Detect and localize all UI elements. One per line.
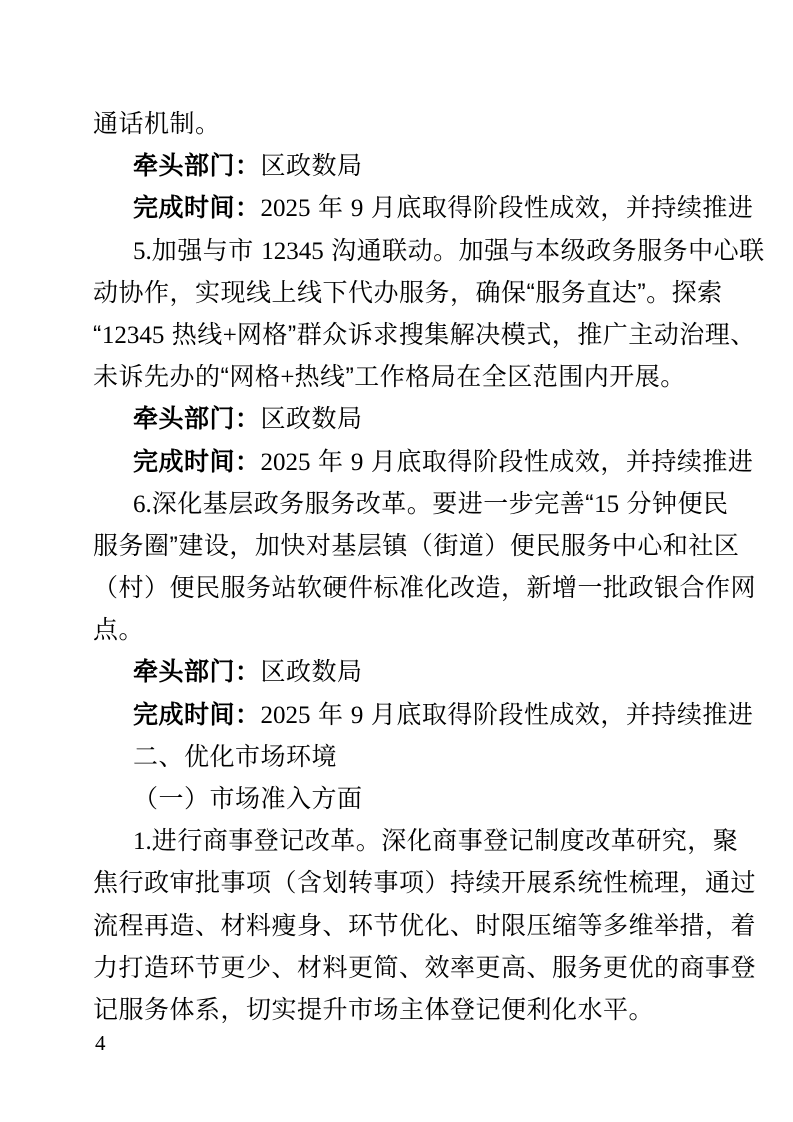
item-1-line-5: 记服务体系，切实提升市场主体登记便利化水平。 xyxy=(93,989,715,1031)
item-1-line-1: 1.进行商事登记改革。深化商事登记制度改革研究，聚 xyxy=(93,820,715,862)
lead-department-line: 牵头部门：区政数局 xyxy=(93,145,715,187)
text-run: “ xyxy=(93,321,102,349)
text-run: 点。 xyxy=(93,616,144,644)
bold-label-run: 完成时间： xyxy=(133,448,261,476)
item-6-line-2: 服务圈”建设，加快对基层镇（街道）便民服务中心和社区 xyxy=(93,525,715,567)
numeric-run: 12345 xyxy=(102,322,165,349)
completion-time-line: 完成时间：2025 年 9 月底取得阶段性成效，并持续推进 xyxy=(93,187,715,229)
text-run: 年 xyxy=(311,701,351,729)
item-6-line-1: 6.深化基层政务服务改革。要进一步完善“15 分钟便民 xyxy=(93,483,715,525)
text-run: 网格”群众诉求搜集解决模式，推广主动治理、 xyxy=(237,321,756,349)
text-run: 动协作，实现线上线下代办服务，确保“服务直达”。探索 xyxy=(93,279,723,307)
text-run: （村）便民服务站软硬件标准化改造，新增一批政银合作网 xyxy=(93,574,756,602)
bold-label-run: 完成时间： xyxy=(133,194,261,222)
text-run: 进行商事登记改革。深化商事登记制度改革研究，聚 xyxy=(152,827,739,855)
item-1-line-2: 焦行政审批事项（含划转事项）持续开展系统性梳理，通过 xyxy=(93,862,715,904)
item-5-line-1: 5.加强与市 12345 沟通联动。加强与本级政务服务中心联 xyxy=(93,230,715,272)
item-6-line-3: （村）便民服务站软硬件标准化改造，新增一批政银合作网 xyxy=(93,567,715,609)
text-run: 加强与市 xyxy=(152,237,261,265)
item-1-line-3: 流程再造、材料瘦身、环节优化、时限压缩等多维举措，着 xyxy=(93,905,715,947)
text-run: 月底取得阶段性成效，并持续推进 xyxy=(363,448,753,476)
bold-label-run: 完成时间： xyxy=(133,701,261,729)
numeric-run: 9 xyxy=(351,195,364,222)
completion-time-line: 完成时间：2025 年 9 月底取得阶段性成效，并持续推进 xyxy=(93,441,715,483)
text-run: 记服务体系，切实提升市场主体登记便利化水平。 xyxy=(93,996,654,1024)
text-run: 未诉先办的“网格 xyxy=(93,363,280,391)
item-1-line-4: 力打造环节更少、材料更简、效率更高、服务更优的商事登 xyxy=(93,947,715,989)
document-body: 通话机制。牵头部门：区政数局完成时间：2025 年 9 月底取得阶段性成效，并持… xyxy=(93,103,715,1031)
completion-time-line: 完成时间：2025 年 9 月底取得阶段性成效，并持续推进 xyxy=(93,694,715,736)
bold-label-run: 牵头部门： xyxy=(133,658,261,686)
text-run: 沟通联动。加强与本级政务服务中心联 xyxy=(324,237,765,265)
text-run: 服务圈”建设，加快对基层镇（街道）便民服务中心和社区 xyxy=(93,532,739,560)
numeric-run: 2025 xyxy=(261,195,311,222)
text-run: 年 xyxy=(311,194,351,222)
text-run: 月底取得阶段性成效，并持续推进 xyxy=(363,701,753,729)
numeric-run: + xyxy=(280,364,294,391)
text-run: 区政数局 xyxy=(261,658,363,686)
text-run: 月底取得阶段性成效，并持续推进 xyxy=(363,194,753,222)
section-heading: 二、优化市场环境 xyxy=(93,736,715,778)
page-number: 4 xyxy=(95,1031,106,1056)
lead-department-line: 牵头部门：区政数局 xyxy=(93,651,715,693)
text-run: 深化基层政务服务改革。要进一步完善“ xyxy=(152,490,594,518)
text-run: 二、优化市场环境 xyxy=(133,743,337,771)
lead-department-line: 牵头部门：区政数局 xyxy=(93,398,715,440)
numeric-run: 6. xyxy=(133,491,152,518)
text-run: 热线”工作格局在全区范围内开展。 xyxy=(294,363,685,391)
numeric-run: 2025 xyxy=(261,702,311,729)
bold-label-run: 牵头部门： xyxy=(133,152,261,180)
text-run: 通话机制。 xyxy=(93,110,221,138)
text-run: 区政数局 xyxy=(261,405,363,433)
text-run: 分钟便民 xyxy=(619,490,728,518)
item-6-line-4: 点。 xyxy=(93,609,715,651)
text-run: （一）市场准入方面 xyxy=(133,785,363,813)
text-run: 区政数局 xyxy=(261,152,363,180)
numeric-run: + xyxy=(223,322,237,349)
item-5-line-2: 动协作，实现线上线下代办服务，确保“服务直达”。探索 xyxy=(93,272,715,314)
item-5-line-3: “12345 热线+网格”群众诉求搜集解决模式，推广主动治理、 xyxy=(93,314,715,356)
paragraph-continuation-line: 通话机制。 xyxy=(93,103,715,145)
text-run: 焦行政审批事项（含划转事项）持续开展系统性梳理，通过 xyxy=(93,869,756,897)
numeric-run: 2025 xyxy=(261,449,311,476)
text-run: 年 xyxy=(311,448,351,476)
numeric-run: 9 xyxy=(351,449,364,476)
text-run: 流程再造、材料瘦身、环节优化、时限压缩等多维举措，着 xyxy=(93,912,756,940)
text-run: 力打造环节更少、材料更简、效率更高、服务更优的商事登 xyxy=(93,954,756,982)
text-run: 热线 xyxy=(164,321,222,349)
numeric-run: 12345 xyxy=(261,238,324,265)
subsection-heading: （一）市场准入方面 xyxy=(93,778,715,820)
item-5-line-4: 未诉先办的“网格+热线”工作格局在全区范围内开展。 xyxy=(93,356,715,398)
document-page: 通话机制。牵头部门：区政数局完成时间：2025 年 9 月底取得阶段性成效，并持… xyxy=(0,0,793,1122)
numeric-run: 15 xyxy=(594,491,619,518)
bold-label-run: 牵头部门： xyxy=(133,405,261,433)
numeric-run: 9 xyxy=(351,702,364,729)
numeric-run: 5. xyxy=(133,238,152,265)
numeric-run: 1. xyxy=(133,828,152,855)
